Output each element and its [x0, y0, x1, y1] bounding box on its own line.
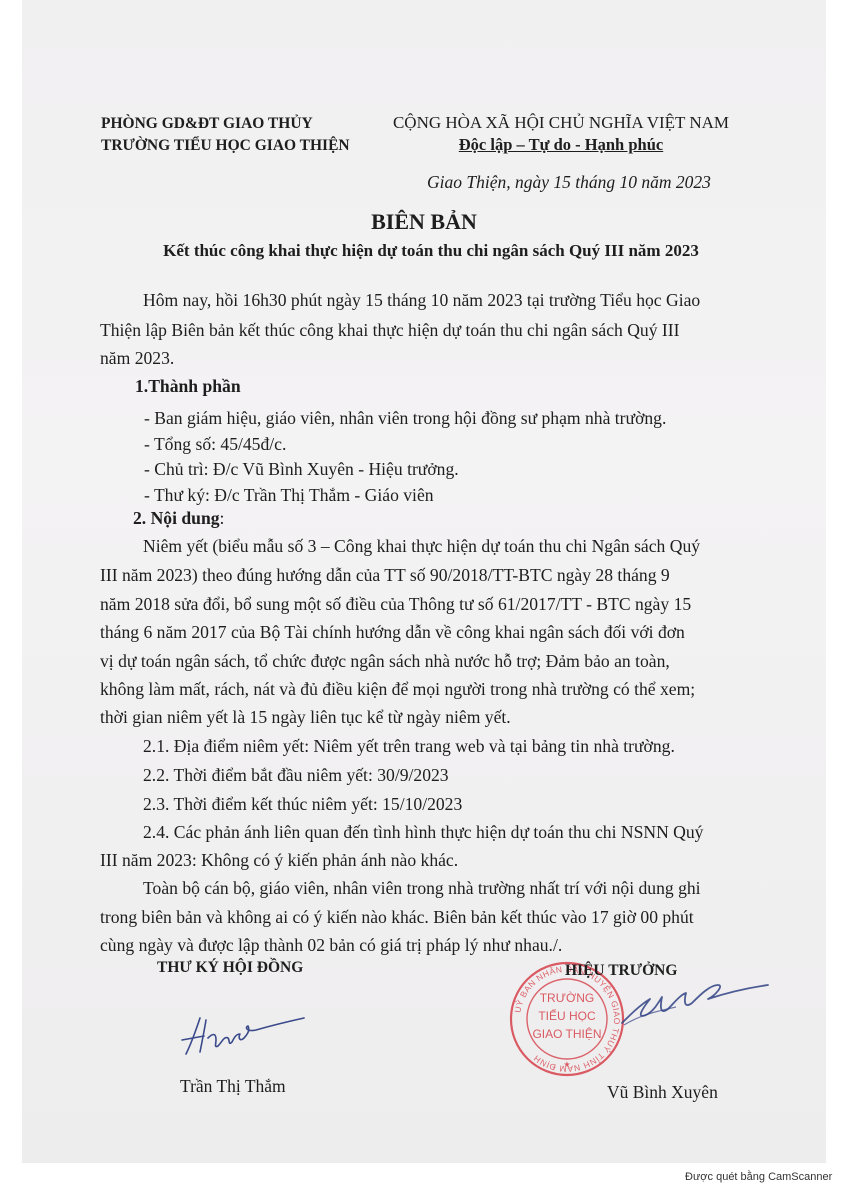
secretary-signature-icon — [178, 1012, 308, 1062]
principal-signature-icon — [600, 975, 770, 1035]
section-2-heading-colon: : — [220, 508, 225, 528]
posting-location: 2.1. Địa điểm niêm yết: Niêm yết trên tr… — [143, 735, 675, 759]
section-1-heading: 1.Thành phần — [135, 375, 241, 399]
date-line: Giao Thiện, ngày 15 tháng 10 năm 2023 — [427, 172, 711, 193]
feedback-line-1: 2.4. Các phản ánh liên quan đến tình hìn… — [143, 821, 703, 845]
department-name: PHÒNG GD&ĐT GIAO THỦY — [101, 113, 350, 135]
section-2-paragraph-line: vị dự toán ngân sách, tổ chức được ngân … — [100, 650, 670, 674]
header-right: CỘNG HÒA XÃ HỘI CHỦ NGHĨA VIỆT NAM Độc l… — [388, 112, 734, 156]
document-title: BIÊN BẢN — [0, 209, 848, 235]
intro-line-2: Thiện lập Biên bản kết thúc công khai th… — [100, 319, 679, 343]
closing-line: trong biên bản và không ai có ý kiến nào… — [100, 906, 694, 930]
section-2-heading: 2. Nội dung: — [133, 507, 224, 531]
section-2-paragraph-line: III năm 2023) theo đúng hướng dẫn của TT… — [100, 564, 670, 588]
section-1-item: - Thư ký: Đ/c Trần Thị Thắm - Giáo viên — [144, 484, 434, 508]
national-title: CỘNG HÒA XÃ HỘI CHỦ NGHĨA VIỆT NAM — [388, 112, 734, 134]
svg-text:TIỂU HỌC: TIỂU HỌC — [538, 1008, 596, 1023]
closing-line: cùng ngày và được lập thành 02 bản có gi… — [100, 934, 562, 958]
svg-text:GIAO THIỆN: GIAO THIỆN — [532, 1026, 601, 1041]
school-name: TRƯỜNG TIỂU HỌC GIAO THIỆN — [101, 135, 350, 157]
national-motto: Độc lập – Tự do - Hạnh phúc — [388, 134, 734, 156]
section-1-item: - Ban giám hiệu, giáo viên, nhân viên tr… — [144, 407, 666, 431]
posting-start-date: 2.2. Thời điểm bắt đầu niêm yết: 30/9/20… — [143, 764, 449, 788]
section-2-paragraph-line: năm 2018 sửa đổi, bổ sung một số điều củ… — [100, 593, 691, 617]
section-2-paragraph-line: tháng 6 năm 2017 của Bộ Tài chính hướng … — [100, 621, 685, 645]
intro-line-1: Hôm nay, hồi 16h30 phút ngày 15 tháng 10… — [143, 289, 700, 313]
section-2-paragraph-line: Niêm yết (biểu mẫu số 3 – Công khai thực… — [143, 535, 700, 559]
svg-text:★: ★ — [563, 1060, 570, 1069]
intro-line-3: năm 2023. — [100, 347, 174, 371]
section-2-paragraph-line: thời gian niêm yết là 15 ngày liên tục k… — [100, 706, 511, 730]
svg-text:TRƯỜNG: TRƯỜNG — [540, 990, 595, 1005]
secretary-name: Trần Thị Thắm — [180, 1076, 286, 1097]
header-left: PHÒNG GD&ĐT GIAO THỦY TRƯỜNG TIỂU HỌC GI… — [101, 113, 350, 157]
closing-line: Toàn bộ cán bộ, giáo viên, nhân viên tro… — [143, 877, 701, 901]
secretary-title: THƯ KÝ HỘI ĐỒNG — [157, 959, 303, 977]
posting-end-date: 2.3. Thời điểm kết thúc niêm yết: 15/10/… — [143, 793, 462, 817]
section-2-heading-text: 2. Nội dung — [133, 508, 220, 528]
feedback-line-2: III năm 2023: Không có ý kiến phản ánh n… — [100, 849, 458, 873]
section-1-item: - Chủ trì: Đ/c Vũ Bình Xuyên - Hiệu trưở… — [144, 458, 459, 482]
section-2-paragraph-line: không làm mất, rách, nát và đủ điều kiện… — [100, 678, 695, 702]
document-subtitle: Kết thúc công khai thực hiện dự toán thu… — [0, 241, 848, 261]
section-1-item: - Tổng số: 45/45đ/c. — [144, 433, 286, 457]
scanner-watermark: Được quét bằng CamScanner — [685, 1171, 832, 1183]
principal-name: Vũ Bình Xuyên — [607, 1082, 718, 1103]
